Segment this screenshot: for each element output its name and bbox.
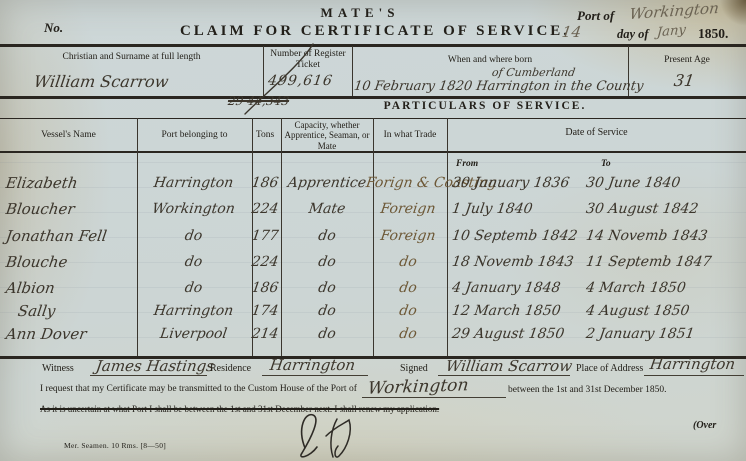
vessel-cell: Elizabeth bbox=[4, 170, 136, 196]
form-code: Mer. Seamen. 10 Rms. [8—50] bbox=[64, 441, 166, 450]
table-row: Ann Dover Liverpool 214 do do 29 August … bbox=[0, 321, 746, 347]
address-value-handwriting: Harrington bbox=[649, 355, 737, 373]
port-of-value-handwriting: Workington bbox=[629, 0, 720, 23]
info-divider-1 bbox=[263, 46, 264, 96]
no-label: No. bbox=[44, 20, 63, 36]
initials-flourish-icon bbox=[301, 415, 317, 457]
port-cell: Workington bbox=[135, 196, 252, 222]
col-age-header: Present Age bbox=[628, 55, 746, 65]
trade-cell: do bbox=[364, 321, 452, 347]
born-inserted-handwriting: of Cumberland bbox=[491, 66, 576, 79]
request-text-after: between the 1st and 31st December 1850. bbox=[508, 385, 667, 395]
form-subtitle: CLAIM FOR CERTIFICATE OF SERVICE. bbox=[178, 23, 572, 40]
vessel-cell: Blouche bbox=[4, 249, 136, 275]
port-cell: do bbox=[135, 223, 252, 249]
form-title: MATE'S bbox=[290, 5, 430, 21]
from-cell: 18 Novemb 1843 bbox=[450, 249, 588, 275]
port-cell: do bbox=[135, 249, 252, 275]
age-value-handwriting: 31 bbox=[673, 71, 696, 90]
vessel-cell: Jonathan Fell bbox=[4, 223, 136, 249]
particulars-title: PARTICULARS OF SERVICE. bbox=[340, 100, 630, 112]
trade-cell: do bbox=[364, 249, 452, 275]
info-table-bottom-rule bbox=[0, 96, 746, 99]
over-label: (Over bbox=[693, 420, 716, 431]
tons-cell: 186 bbox=[244, 170, 286, 196]
signed-value-handwriting: William Scarrow bbox=[445, 357, 574, 375]
tons-cell: 224 bbox=[244, 196, 286, 222]
capacity-cell: Apprentice bbox=[280, 170, 374, 196]
trade-cell: Foreign bbox=[364, 223, 452, 249]
claim-year: 1850. bbox=[698, 26, 728, 42]
from-cell: 30 January 1836 bbox=[450, 170, 588, 196]
table-row: Elizabeth Harrington 186 Apprentice Fori… bbox=[0, 170, 746, 196]
to-cell: 14 Novemb 1843 bbox=[584, 223, 746, 249]
table-row: Jonathan Fell do 177 do Foreign 10 Septe… bbox=[0, 223, 746, 249]
witness-value-handwriting: James Hastings bbox=[95, 357, 216, 375]
born-value-handwriting: 10 February 1820 Harrington in the Count… bbox=[353, 79, 644, 94]
col-born-header: When and where born bbox=[352, 55, 628, 65]
col-trade-header: In what Trade bbox=[373, 130, 447, 140]
vessel-cell: Ann Dover bbox=[4, 321, 136, 347]
day-of-label: day of bbox=[617, 27, 649, 42]
request-text-before: I request that my Certificate may be tra… bbox=[40, 384, 357, 394]
to-cell: 30 June 1840 bbox=[584, 170, 746, 196]
col-tons-header: Tons bbox=[246, 130, 284, 140]
col-port-header: Port belonging to bbox=[137, 130, 252, 140]
trade-cell: Foreign bbox=[364, 196, 452, 222]
col-ticket-header: Number of Register Ticket bbox=[266, 49, 350, 72]
struck-sentence: As it is uncertain at what Port I shall … bbox=[40, 404, 439, 414]
table-row: Bloucher Workington 224 Mate Foreign 1 J… bbox=[0, 196, 746, 222]
tons-cell: 177 bbox=[244, 223, 286, 249]
capacity-cell: do bbox=[280, 249, 374, 275]
capacity-cell: Mate bbox=[280, 196, 374, 222]
to-cell: 30 August 1842 bbox=[584, 196, 746, 222]
residence-underline bbox=[262, 375, 368, 376]
tons-cell: 214 bbox=[244, 321, 286, 347]
to-cell: 2 January 1851 bbox=[584, 321, 746, 347]
capacity-cell: do bbox=[280, 223, 374, 249]
from-label: From bbox=[456, 159, 478, 169]
from-cell: 1 July 1840 bbox=[450, 196, 588, 222]
col-vessel-header: Vessel's Name bbox=[0, 130, 137, 140]
witness-label: Witness bbox=[42, 363, 74, 374]
document-sheet: No. MATE'S CLAIM FOR CERTIFICATE OF SERV… bbox=[0, 0, 746, 461]
request-port-handwriting: Workington bbox=[367, 375, 470, 398]
residence-value-handwriting: Harrington bbox=[269, 356, 357, 374]
from-cell: 29 August 1850 bbox=[450, 321, 588, 347]
ticket-value-handwriting: 499,616 bbox=[267, 73, 334, 89]
address-underline bbox=[644, 375, 744, 376]
signed-label: Signed bbox=[400, 363, 428, 374]
table-row: Blouche do 224 do do 18 Novemb 1843 11 S… bbox=[0, 249, 746, 275]
port-cell: Harrington bbox=[135, 170, 252, 196]
ticket-struck-handwriting: 29 44,343 bbox=[227, 94, 290, 108]
from-cell: 10 Septemb 1842 bbox=[450, 223, 588, 249]
to-cell: 11 Septemb 1847 bbox=[584, 249, 746, 275]
port-cell: Liverpool bbox=[135, 321, 252, 347]
claim-month-handwriting: Jany bbox=[656, 23, 686, 41]
title-rule bbox=[0, 44, 746, 47]
col-capacity-header: Capacity, whether Apprentice, Seaman, or… bbox=[283, 120, 371, 151]
address-label: Place of Address bbox=[576, 363, 643, 374]
col-dates-header: Date of Service bbox=[447, 127, 746, 138]
trade-cell: Forign & Coasting bbox=[364, 170, 452, 196]
capacity-cell: do bbox=[280, 321, 374, 347]
port-of-label: Port of bbox=[577, 8, 614, 24]
to-label: To bbox=[601, 159, 611, 169]
initials-flourish-icon bbox=[326, 419, 350, 457]
residence-label: Residence bbox=[210, 363, 251, 374]
vessel-cell: Bloucher bbox=[4, 196, 136, 222]
claim-day-handwriting: 14 bbox=[561, 23, 583, 41]
witness-underline bbox=[90, 375, 207, 376]
name-value-handwriting: William Scarrow bbox=[33, 72, 170, 91]
tons-cell: 224 bbox=[244, 249, 286, 275]
col-name-header: Christian and Surname at full length bbox=[0, 52, 263, 62]
